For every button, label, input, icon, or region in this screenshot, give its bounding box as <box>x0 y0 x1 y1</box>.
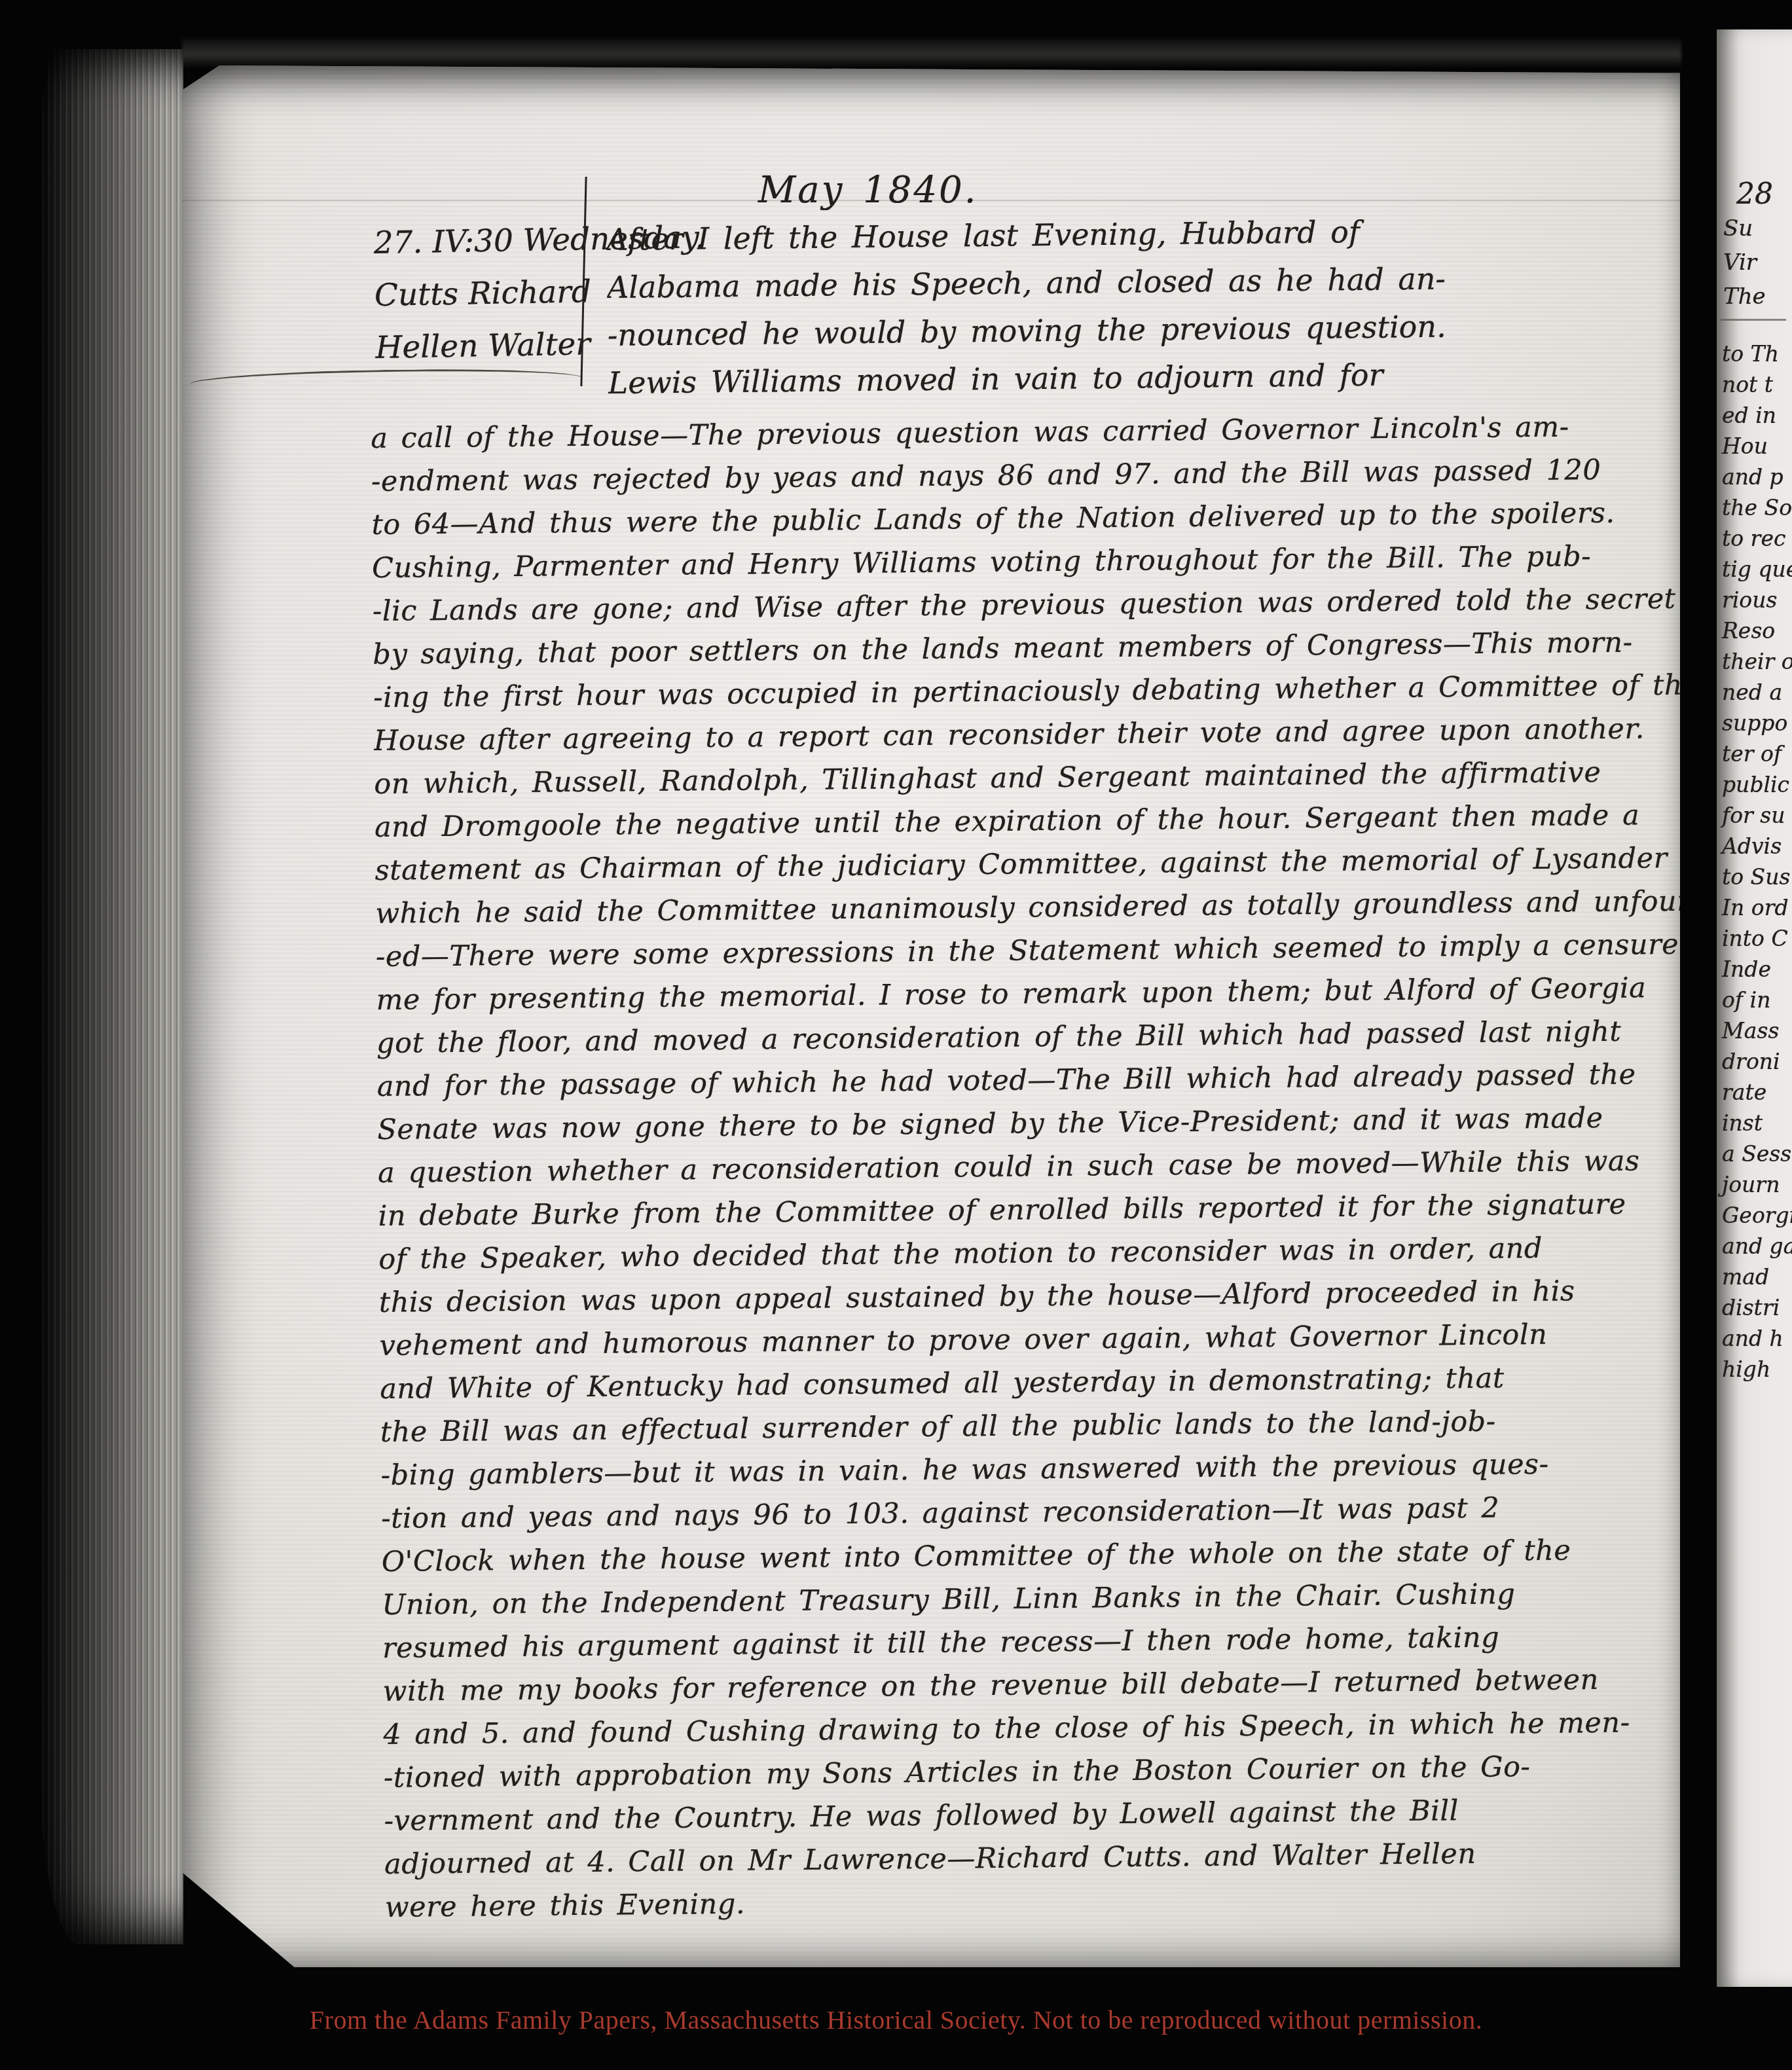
manuscript-fragment: Georgi <box>1722 1200 1792 1231</box>
entry-opening-lines: After I left the House last Evening, Hub… <box>606 205 1695 407</box>
manuscript-fragment: journ <box>1722 1169 1792 1200</box>
entry-margin-block: 27. IV:30 Wednesday.Cutts RichardHellen … <box>373 213 592 374</box>
manuscript-fragment: to Sus <box>1722 862 1792 892</box>
manuscript-fragment: suppo <box>1722 708 1792 738</box>
manuscript-fragment: tig que <box>1722 554 1792 585</box>
manuscript-fragment: Inde <box>1722 954 1792 985</box>
manuscript-fragment: ed in <box>1722 400 1792 431</box>
manuscript-fragment: In ord <box>1722 892 1792 923</box>
manuscript-fragment: high <box>1722 1354 1792 1385</box>
manuscript-fragment: Vir <box>1723 245 1766 280</box>
manuscript-fragment: and p <box>1722 462 1792 492</box>
manuscript-fragment: inst <box>1722 1108 1792 1138</box>
manuscript-fragment: The <box>1723 280 1766 314</box>
manuscript-fragment: to rec <box>1722 523 1792 554</box>
manuscript-fragment: into C <box>1722 923 1792 954</box>
photo-caption: From the Adams Family Papers, Massachuse… <box>0 2005 1792 2035</box>
manuscript-fragment: and ga <box>1722 1231 1792 1262</box>
next-page-header-fragments: SuVirThe <box>1723 211 1766 314</box>
manuscript-fragment: Su <box>1723 211 1766 245</box>
next-page-rule <box>1721 319 1786 321</box>
manuscript-fragment: ned a <box>1722 677 1792 708</box>
next-page-number: 28 <box>1736 177 1773 211</box>
manuscript-fragment: their o <box>1722 646 1792 677</box>
manuscript-fragment: a Sess <box>1722 1138 1792 1169</box>
manuscript-fragment: for su <box>1722 800 1792 831</box>
scanned-diary-photo: May 1840. 27. IV:30 Wednesday.Cutts Rich… <box>0 0 1792 2070</box>
manuscript-fragment: rious <box>1722 585 1792 615</box>
manuscript-fragment: the So <box>1722 492 1792 523</box>
manuscript-fragment: Advis <box>1722 831 1792 862</box>
manuscript-fragment: ter of <box>1722 738 1792 769</box>
manuscript-fragment: Hou <box>1722 431 1792 462</box>
manuscript-fragment: of in <box>1722 985 1792 1015</box>
book-page-edges <box>41 49 183 1944</box>
diary-left-page: May 1840. 27. IV:30 Wednesday.Cutts Rich… <box>182 65 1680 1967</box>
manuscript-fragment: to Th <box>1722 338 1792 369</box>
manuscript-fragment: not t <box>1722 369 1792 400</box>
manuscript-fragment: Reso <box>1722 615 1792 646</box>
manuscript-fragment: and h <box>1722 1323 1792 1354</box>
manuscript-fragment: Mass <box>1722 1015 1792 1046</box>
entry-body-lines: a call of the House—The previous questio… <box>371 405 1714 1929</box>
manuscript-fragment: droni <box>1722 1046 1792 1077</box>
page-header-date: May 1840. <box>758 169 978 211</box>
next-page-sliver: 28 SuVirThe to Thnot ted inHouand pthe S… <box>1717 29 1792 1987</box>
manuscript-fragment: public <box>1722 769 1792 800</box>
margin-line: 27. IV:30 Wednesday. <box>373 213 590 270</box>
margin-line: Cutts Richard <box>374 266 591 322</box>
page-top-shadow <box>182 38 1681 68</box>
next-page-body-fragments: to Thnot ted inHouand pthe Soto rectig q… <box>1722 338 1792 1385</box>
manuscript-fragment: distri <box>1722 1292 1792 1323</box>
manuscript-fragment: mad <box>1722 1262 1792 1292</box>
manuscript-fragment: rate <box>1722 1077 1792 1108</box>
margin-line: Hellen Walter <box>375 318 592 374</box>
